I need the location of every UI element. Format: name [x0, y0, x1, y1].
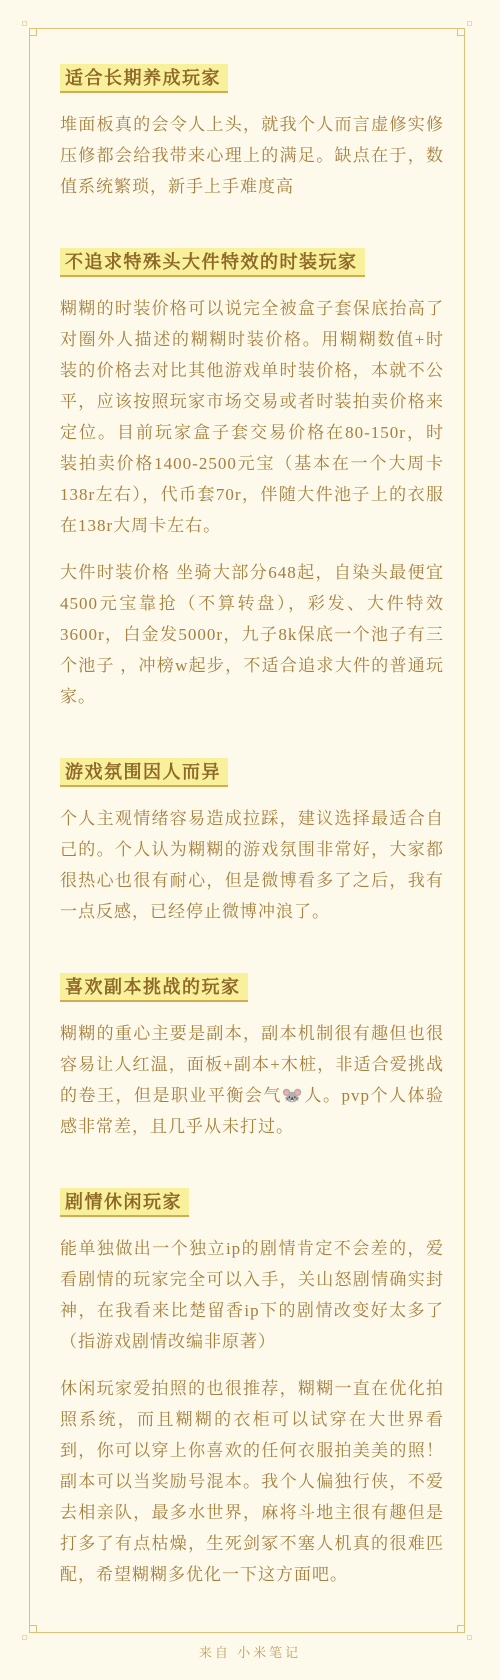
- section-heading: 适合长期养成玩家: [60, 64, 228, 93]
- section-longterm-players: 适合长期养成玩家 堆面板真的会令人上头，就我个人而言虚修实修压修都会给我带来心理…: [60, 64, 444, 202]
- section-casual-story-players: 剧情休闲玩家 能单独做出一个独立ip的剧情肯定不会差的，爱看剧情的玩家完全可以入…: [60, 1188, 444, 1590]
- section-heading: 剧情休闲玩家: [60, 1188, 189, 1217]
- note-content: 适合长期养成玩家 堆面板真的会令人上头，就我个人而言虚修实修压修都会给我带来心理…: [60, 64, 444, 1590]
- corner-ornament-bottom-left-icon: [22, 1625, 37, 1640]
- section-heading: 喜欢副本挑战的玩家: [60, 973, 248, 1002]
- paragraph: 糊糊的重心主要是副本，副本机制很有趣但也很容易让人红温，面板+副本+木桩，非适合…: [60, 1018, 444, 1142]
- corner-ornament-top-left-icon: [22, 21, 37, 36]
- paragraph: 大件时装价格 坐骑大部分648起，自染头最便宜4500元宝靠抢（不算转盘），彩发…: [60, 557, 444, 712]
- corner-ornament-top-right-icon: [457, 21, 472, 36]
- corner-ornament-bottom-right-icon: [457, 1625, 472, 1640]
- attribution-text: 来自 小米笔记: [0, 1642, 500, 1661]
- section-game-atmosphere: 游戏氛围因人而异 个人主观情绪容易造成拉踩，建议选择最适合自己的。个人认为糊糊的…: [60, 758, 444, 927]
- paragraph: 休闲玩家爱拍照的也很推荐，糊糊一直在优化拍照系统，而且糊糊的衣柜可以试穿在大世界…: [60, 1373, 444, 1590]
- section-heading: 不追求特殊头大件特效的时装玩家: [60, 248, 365, 277]
- section-heading: 游戏氛围因人而异: [60, 758, 228, 787]
- paragraph: 能单独做出一个独立ip的剧情肯定不会差的，爱看剧情的玩家完全可以入手，关山怒剧情…: [60, 1233, 444, 1357]
- paragraph: 堆面板真的会令人上头，就我个人而言虚修实修压修都会给我带来心理上的满足。缺点在于…: [60, 109, 444, 202]
- paragraph: 糊糊的时装价格可以说完全被盒子套保底抬高了对圈外人描述的糊糊时装价格。用糊糊数值…: [60, 293, 444, 541]
- paragraph: 个人主观情绪容易造成拉踩，建议选择最适合自己的。个人认为糊糊的游戏氛围非常好，大…: [60, 803, 444, 927]
- section-dungeon-players: 喜欢副本挑战的玩家 糊糊的重心主要是副本，副本机制很有趣但也很容易让人红温，面板…: [60, 973, 444, 1142]
- section-fashion-players: 不追求特殊头大件特效的时装玩家 糊糊的时装价格可以说完全被盒子套保底抬高了对圈外…: [60, 248, 444, 712]
- note-page: { "theme":{ "bg":"#fdf9eb", "frame":"#e0…: [0, 0, 500, 1680]
